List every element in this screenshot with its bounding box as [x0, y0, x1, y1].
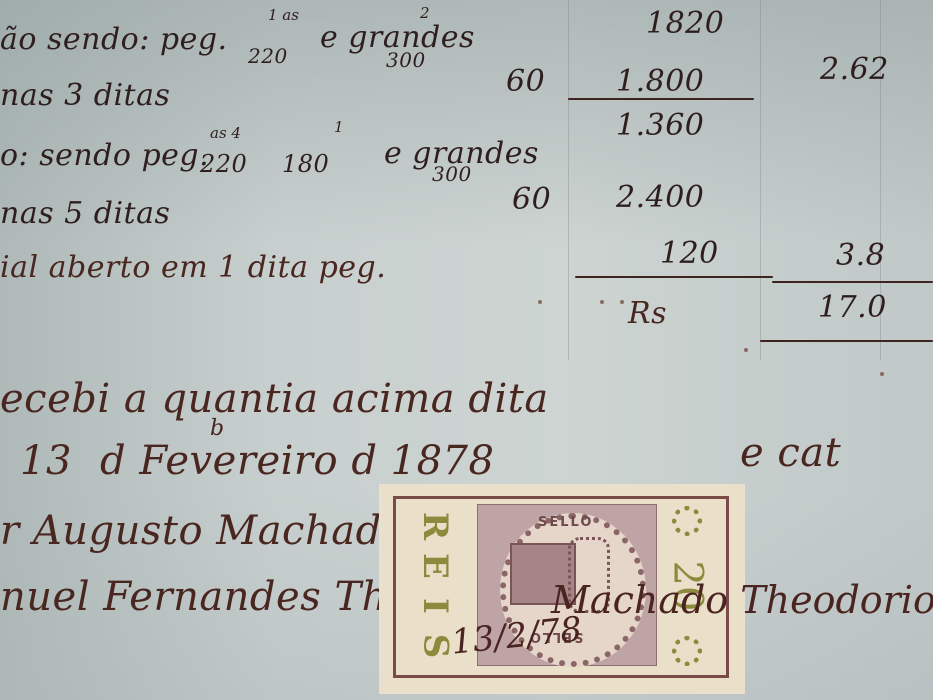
- ink-spot: [620, 300, 624, 304]
- ledger-total: 3.8: [836, 238, 885, 273]
- price-large: 300: [386, 48, 426, 72]
- ledger-column-rule: [760, 0, 761, 360]
- ledger-description: nas 5 ditas: [0, 196, 170, 231]
- superscript: as 4: [210, 124, 241, 142]
- ledger-description: o: sendo peg.: [0, 138, 209, 173]
- price-small: 220: [248, 44, 288, 68]
- rosette-icon: [672, 506, 702, 536]
- ink-spot: [538, 300, 542, 304]
- ledger-column-rule: [568, 0, 569, 360]
- ink-spot: [600, 300, 604, 304]
- ledger-amount: 1820: [646, 6, 724, 41]
- grand-total: 17.0: [818, 290, 887, 325]
- stamp-letter: R: [417, 512, 453, 540]
- currency-mark: Rs: [628, 296, 667, 331]
- stamp-cancel-signature: Machado Theodorio: [551, 578, 933, 622]
- ledger-total: 2.62: [820, 52, 889, 87]
- ledger-description: ial aberto em 1 dita peg.: [0, 250, 386, 285]
- ledger-description: ão sendo: peg.: [0, 22, 228, 57]
- ink-spot: [744, 348, 748, 352]
- ink-spot: [880, 372, 884, 376]
- underline: [568, 98, 754, 100]
- ledger-rate: 60: [506, 64, 545, 99]
- price-medium: 180: [282, 150, 329, 178]
- ledger-rate: 60: [512, 182, 551, 217]
- ledger-amount: 120: [660, 236, 719, 271]
- receipt-place: e cat: [740, 430, 841, 476]
- ledger-amount: 1.360: [616, 108, 704, 143]
- stamp-letter: I: [417, 598, 453, 614]
- underline: [575, 276, 773, 278]
- receipt-date-day: 13: [20, 438, 72, 484]
- superscript: 1 as: [268, 6, 299, 24]
- stamp-letter: S: [417, 634, 453, 659]
- receipt-line-1: ecebi a quantia acima dita: [0, 376, 549, 422]
- revenue-stamp: R E I S SELLO SELLO 20 Machado Theodorio…: [381, 486, 743, 692]
- ledger-amount: 1.800: [616, 64, 704, 99]
- stamp-letter: E: [417, 553, 453, 579]
- ledger-description: nas 3 ditas: [0, 78, 170, 113]
- rosette-icon: [672, 636, 702, 666]
- underline: [772, 281, 933, 283]
- receipt-date: d Fevereiro d 1878: [100, 438, 494, 484]
- ledger-amount: 2.400: [616, 180, 704, 215]
- superscript: 1: [334, 118, 344, 136]
- underline: [760, 340, 933, 342]
- stamp-label-top: SELLO: [538, 515, 593, 530]
- price-small: 220: [200, 150, 247, 178]
- price-large: 300: [432, 162, 472, 186]
